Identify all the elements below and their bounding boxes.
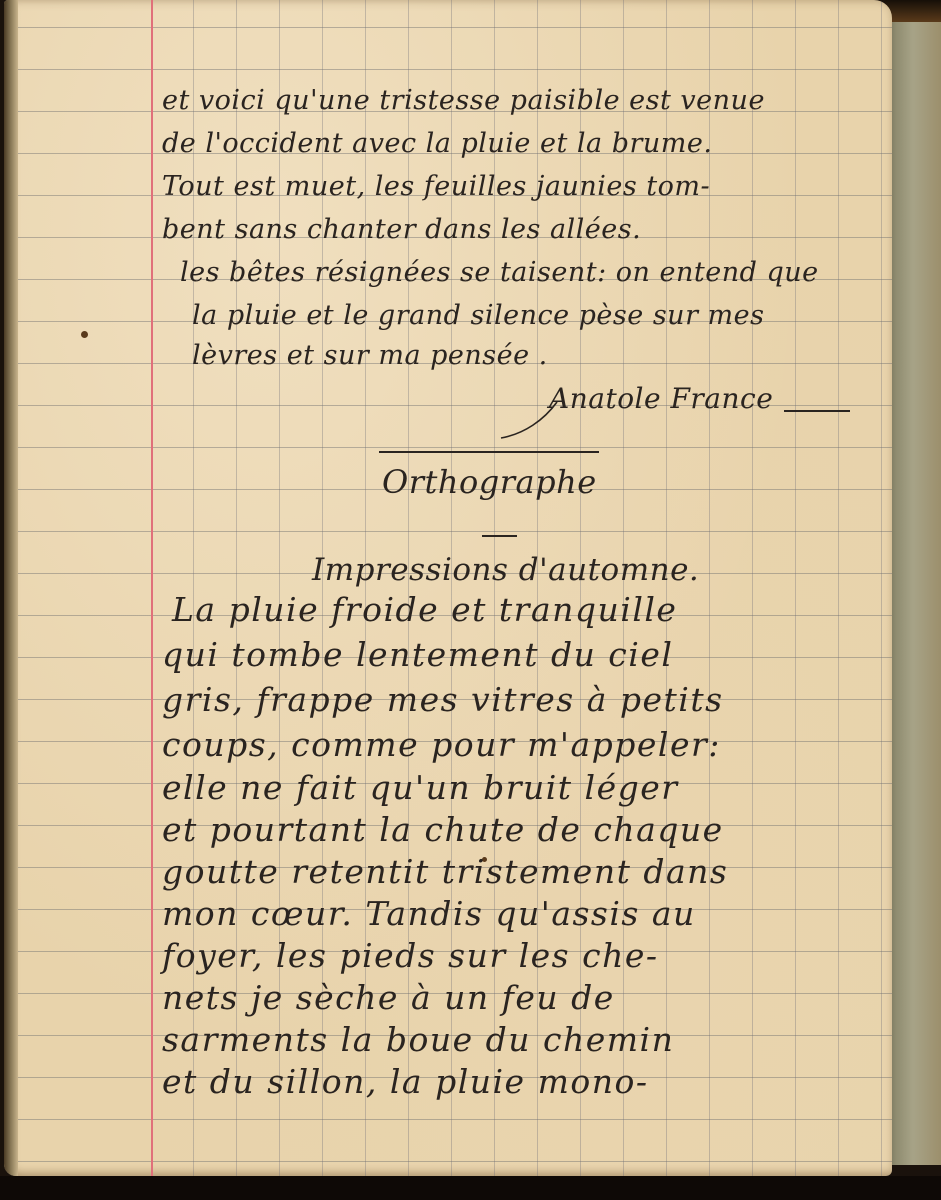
quote-line: et voici qu'une tristesse paisible est v… bbox=[162, 85, 765, 116]
ink-speck bbox=[81, 331, 88, 338]
quote-line: Tout est muet, les feuilles jaunies tom- bbox=[162, 171, 710, 202]
binding-spine bbox=[4, 0, 18, 1176]
title-dash bbox=[482, 535, 517, 537]
notebook-cover-shadow bbox=[885, 0, 941, 22]
dictation-line: coups, comme pour m'appeler: bbox=[162, 725, 721, 764]
red-margin-line bbox=[151, 0, 153, 1176]
dictation-line: gris, frappe mes vitres à petits bbox=[162, 680, 724, 719]
quote-line: de l'occident avec la pluie et la brume. bbox=[162, 128, 712, 159]
signature-flourish bbox=[499, 400, 559, 440]
dictation-line: La pluie froide et tranquille bbox=[172, 590, 677, 629]
dictation-line: goutte retentit tristement dans bbox=[162, 852, 728, 891]
dictation-line: et pourtant la chute de chaque bbox=[162, 810, 724, 849]
quote-line: bent sans chanter dans les allées. bbox=[162, 214, 641, 245]
dictation-line: foyer, les pieds sur les che- bbox=[162, 936, 659, 975]
dictation-line: qui tombe lentement du ciel bbox=[162, 635, 673, 674]
adjacent-page-edge bbox=[885, 0, 941, 1165]
essay-title: Impressions d'automne. bbox=[312, 552, 699, 588]
author-signature: Anatole France bbox=[549, 382, 773, 415]
notebook-page: et voici qu'une tristesse paisible est v… bbox=[4, 0, 892, 1176]
dictation-line: sarments la boue du chemin bbox=[162, 1020, 674, 1059]
dictation-line: elle ne fait qu'un bruit léger bbox=[162, 768, 679, 807]
dictation-line: mon cœur. Tandis qu'assis au bbox=[162, 894, 696, 933]
dictation-line: nets je sèche à un feu de bbox=[162, 978, 615, 1017]
section-title: Orthographe bbox=[382, 463, 597, 501]
bottom-shadow bbox=[0, 1176, 941, 1200]
section-divider bbox=[379, 451, 599, 453]
quote-line: les bêtes résignées se taisent: on enten… bbox=[180, 257, 819, 288]
signature-underline bbox=[784, 410, 850, 412]
quote-line: lèvres et sur ma pensée . bbox=[192, 340, 548, 371]
dictation-line: et du sillon, la pluie mono- bbox=[162, 1062, 649, 1101]
quote-line: la pluie et le grand silence pèse sur me… bbox=[192, 300, 765, 331]
